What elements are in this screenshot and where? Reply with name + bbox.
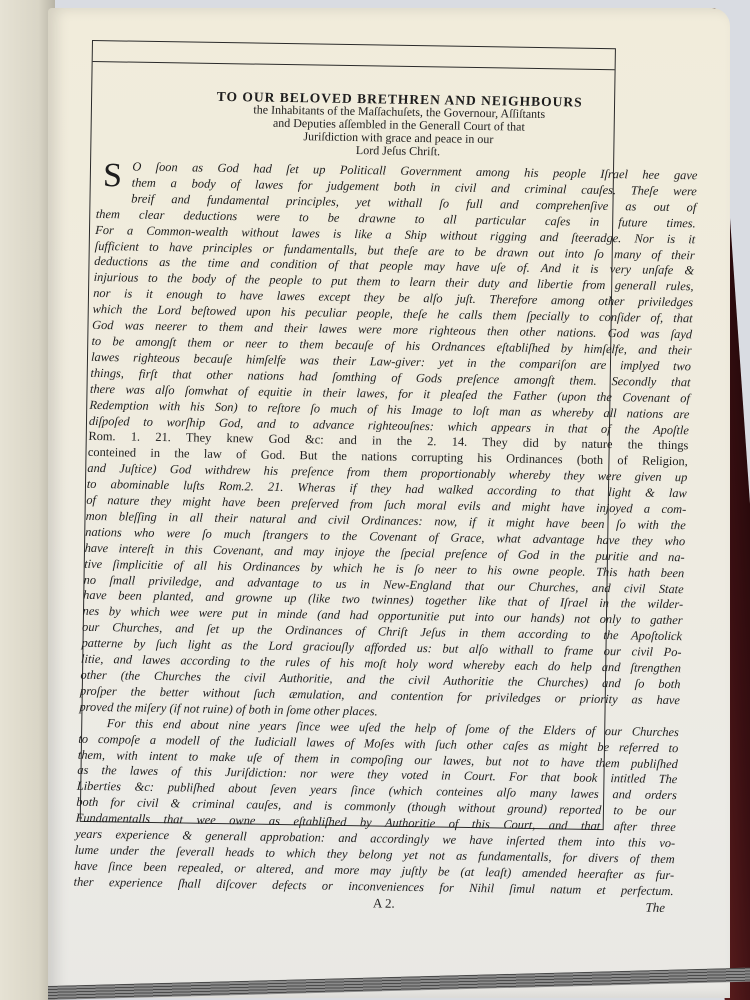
dedication-heading: TO OUR BELOVED BRETHREN AND NEIGHBOURS t…	[98, 88, 700, 162]
drop-cap: S	[103, 161, 123, 191]
signature-mark: A 2.	[373, 895, 395, 911]
facing-page-edge	[0, 0, 55, 1000]
catchword: The	[645, 899, 665, 915]
body-text: S O ſoon as God had ſet up Politicall Go…	[73, 159, 698, 916]
page-content: TO OUR BELOVED BRETHREN AND NEIGHBOURS t…	[73, 88, 700, 916]
